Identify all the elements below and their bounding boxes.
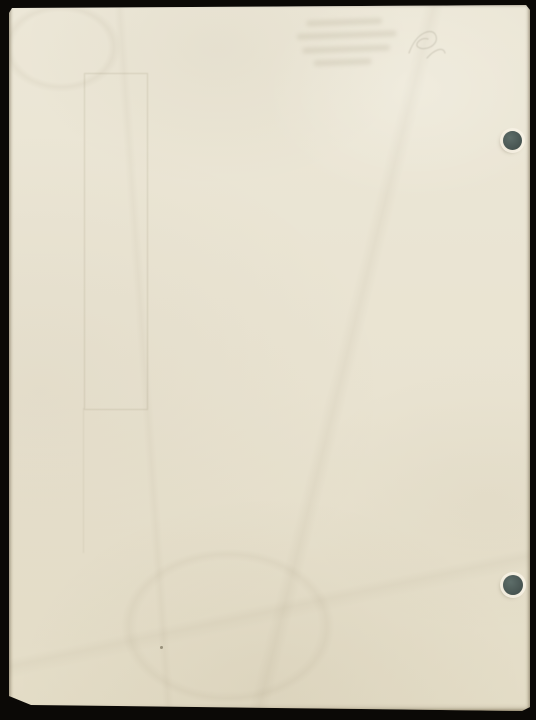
punch-hole-top (503, 131, 522, 150)
stamp-bleed-line (314, 58, 372, 66)
scanner-background (0, 0, 536, 720)
punch-hole-bottom (503, 575, 523, 595)
stamp-bleed-line (297, 30, 397, 39)
paper-page (9, 5, 530, 711)
faint-stamp-impression (296, 15, 404, 74)
faint-bleedthrough-rectangle (84, 73, 148, 410)
faint-pencil-scribble (403, 19, 453, 67)
faint-bleedthrough-line (83, 408, 84, 553)
stamp-bleed-line (306, 18, 382, 27)
stamp-bleed-line (302, 45, 390, 54)
